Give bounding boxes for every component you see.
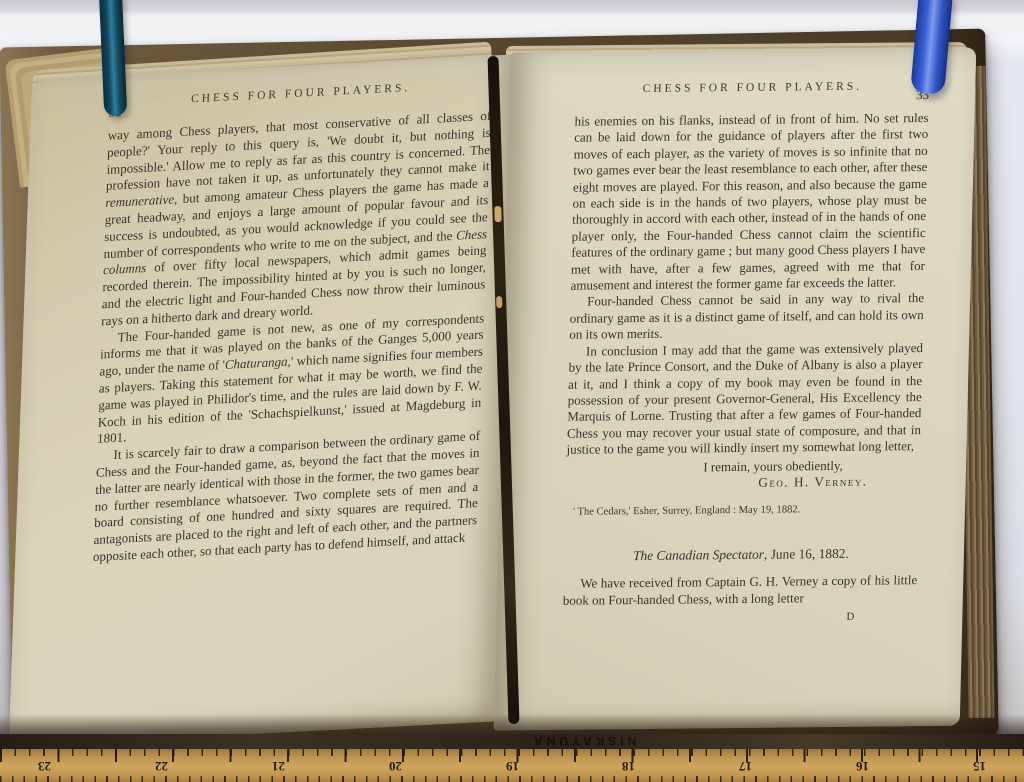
text-run: Geo. H. Verney.	[758, 474, 868, 490]
ruler-number: 19	[506, 758, 519, 774]
paragraph: D	[562, 608, 916, 628]
text-run: , June 16, 1882.	[764, 546, 849, 562]
paragraph: Four-handed Chess cannot be said in any …	[569, 290, 924, 343]
ruler-number: 21	[272, 758, 285, 774]
wooden-ruler: NISKAYUNA 232221201918171615	[0, 734, 1024, 782]
text-run: We have received from Captain G. H. Vern…	[563, 572, 918, 607]
ruler-number: 17	[739, 758, 752, 774]
text-run: D	[846, 611, 854, 623]
paragraph: It is scarcely fair to draw a comparison…	[93, 428, 481, 566]
text-run: The Canadian Spectator	[633, 546, 764, 562]
page-text-column: way among Chess players, that most conse…	[93, 108, 492, 566]
paragraph: In conclusion I may add that the game wa…	[566, 340, 923, 459]
book-photo-scene: 32 CHESS FOR FOUR PLAYERS. way among Che…	[0, 0, 1024, 782]
ruler-number: 15	[973, 758, 986, 774]
paragraph: The Four-handed game is not new, as one …	[97, 310, 485, 448]
text-run: It is scarcely fair to draw a comparison…	[93, 428, 481, 564]
paragraph: ' The Cedars,' Esher, Surrey, England : …	[565, 501, 919, 521]
paragraph: way among Chess players, that most conse…	[101, 108, 492, 330]
ruler-numbers: 232221201918171615	[0, 758, 1024, 774]
ruler-number: 18	[622, 758, 635, 774]
paragraph: his enemies on his flanks, instead of in…	[570, 110, 928, 294]
text-run: In conclusion I may add that the game wa…	[566, 340, 923, 457]
paragraph: Geo. H. Verney.	[566, 473, 920, 493]
text-run: remunerative,	[105, 191, 178, 210]
ruler-number: 20	[389, 758, 402, 774]
running-header: CHESS FOR FOUR PLAYERS.	[139, 79, 463, 108]
ruler-ticks-bottom	[0, 776, 1024, 782]
running-header: CHESS FOR FOUR PLAYERS.	[605, 80, 899, 95]
text-run: ' The Cedars,' Esher, Surrey, England : …	[573, 505, 801, 518]
ruler-edge-band: NISKAYUNA	[0, 734, 1024, 749]
text-run: Chaturanga,	[225, 354, 292, 373]
ruler-scale: 232221201918171615	[0, 749, 1024, 782]
paragraph: We have received from Captain G. H. Vern…	[563, 572, 918, 609]
text-run: I remain, yours obediently,	[703, 457, 843, 473]
page-left: 32 CHESS FOR FOUR PLAYERS. way among Che…	[9, 54, 520, 747]
text-run: Four-handed Chess cannot be said in any …	[569, 290, 924, 342]
page-right: CHESS FOR FOUR PLAYERS. 33 his enemies o…	[494, 47, 977, 730]
page-header: CHESS FOR FOUR PLAYERS. 33	[575, 80, 930, 107]
paragraph: The Canadian Spectator, June 16, 1882.	[564, 545, 918, 565]
page-text-column: his enemies on his flanks, instead of in…	[562, 110, 929, 628]
ruler-number: 23	[38, 758, 51, 774]
ruler-number: 22	[155, 758, 168, 774]
text-run: his enemies on his flanks, instead of in…	[570, 110, 928, 293]
ruler-brand-text: NISKAYUNA	[530, 734, 636, 748]
ruler-number: 16	[856, 758, 869, 774]
open-book: 32 CHESS FOR FOUR PLAYERS. way among Che…	[6, 38, 992, 744]
blue-pen-left	[99, 0, 127, 116]
